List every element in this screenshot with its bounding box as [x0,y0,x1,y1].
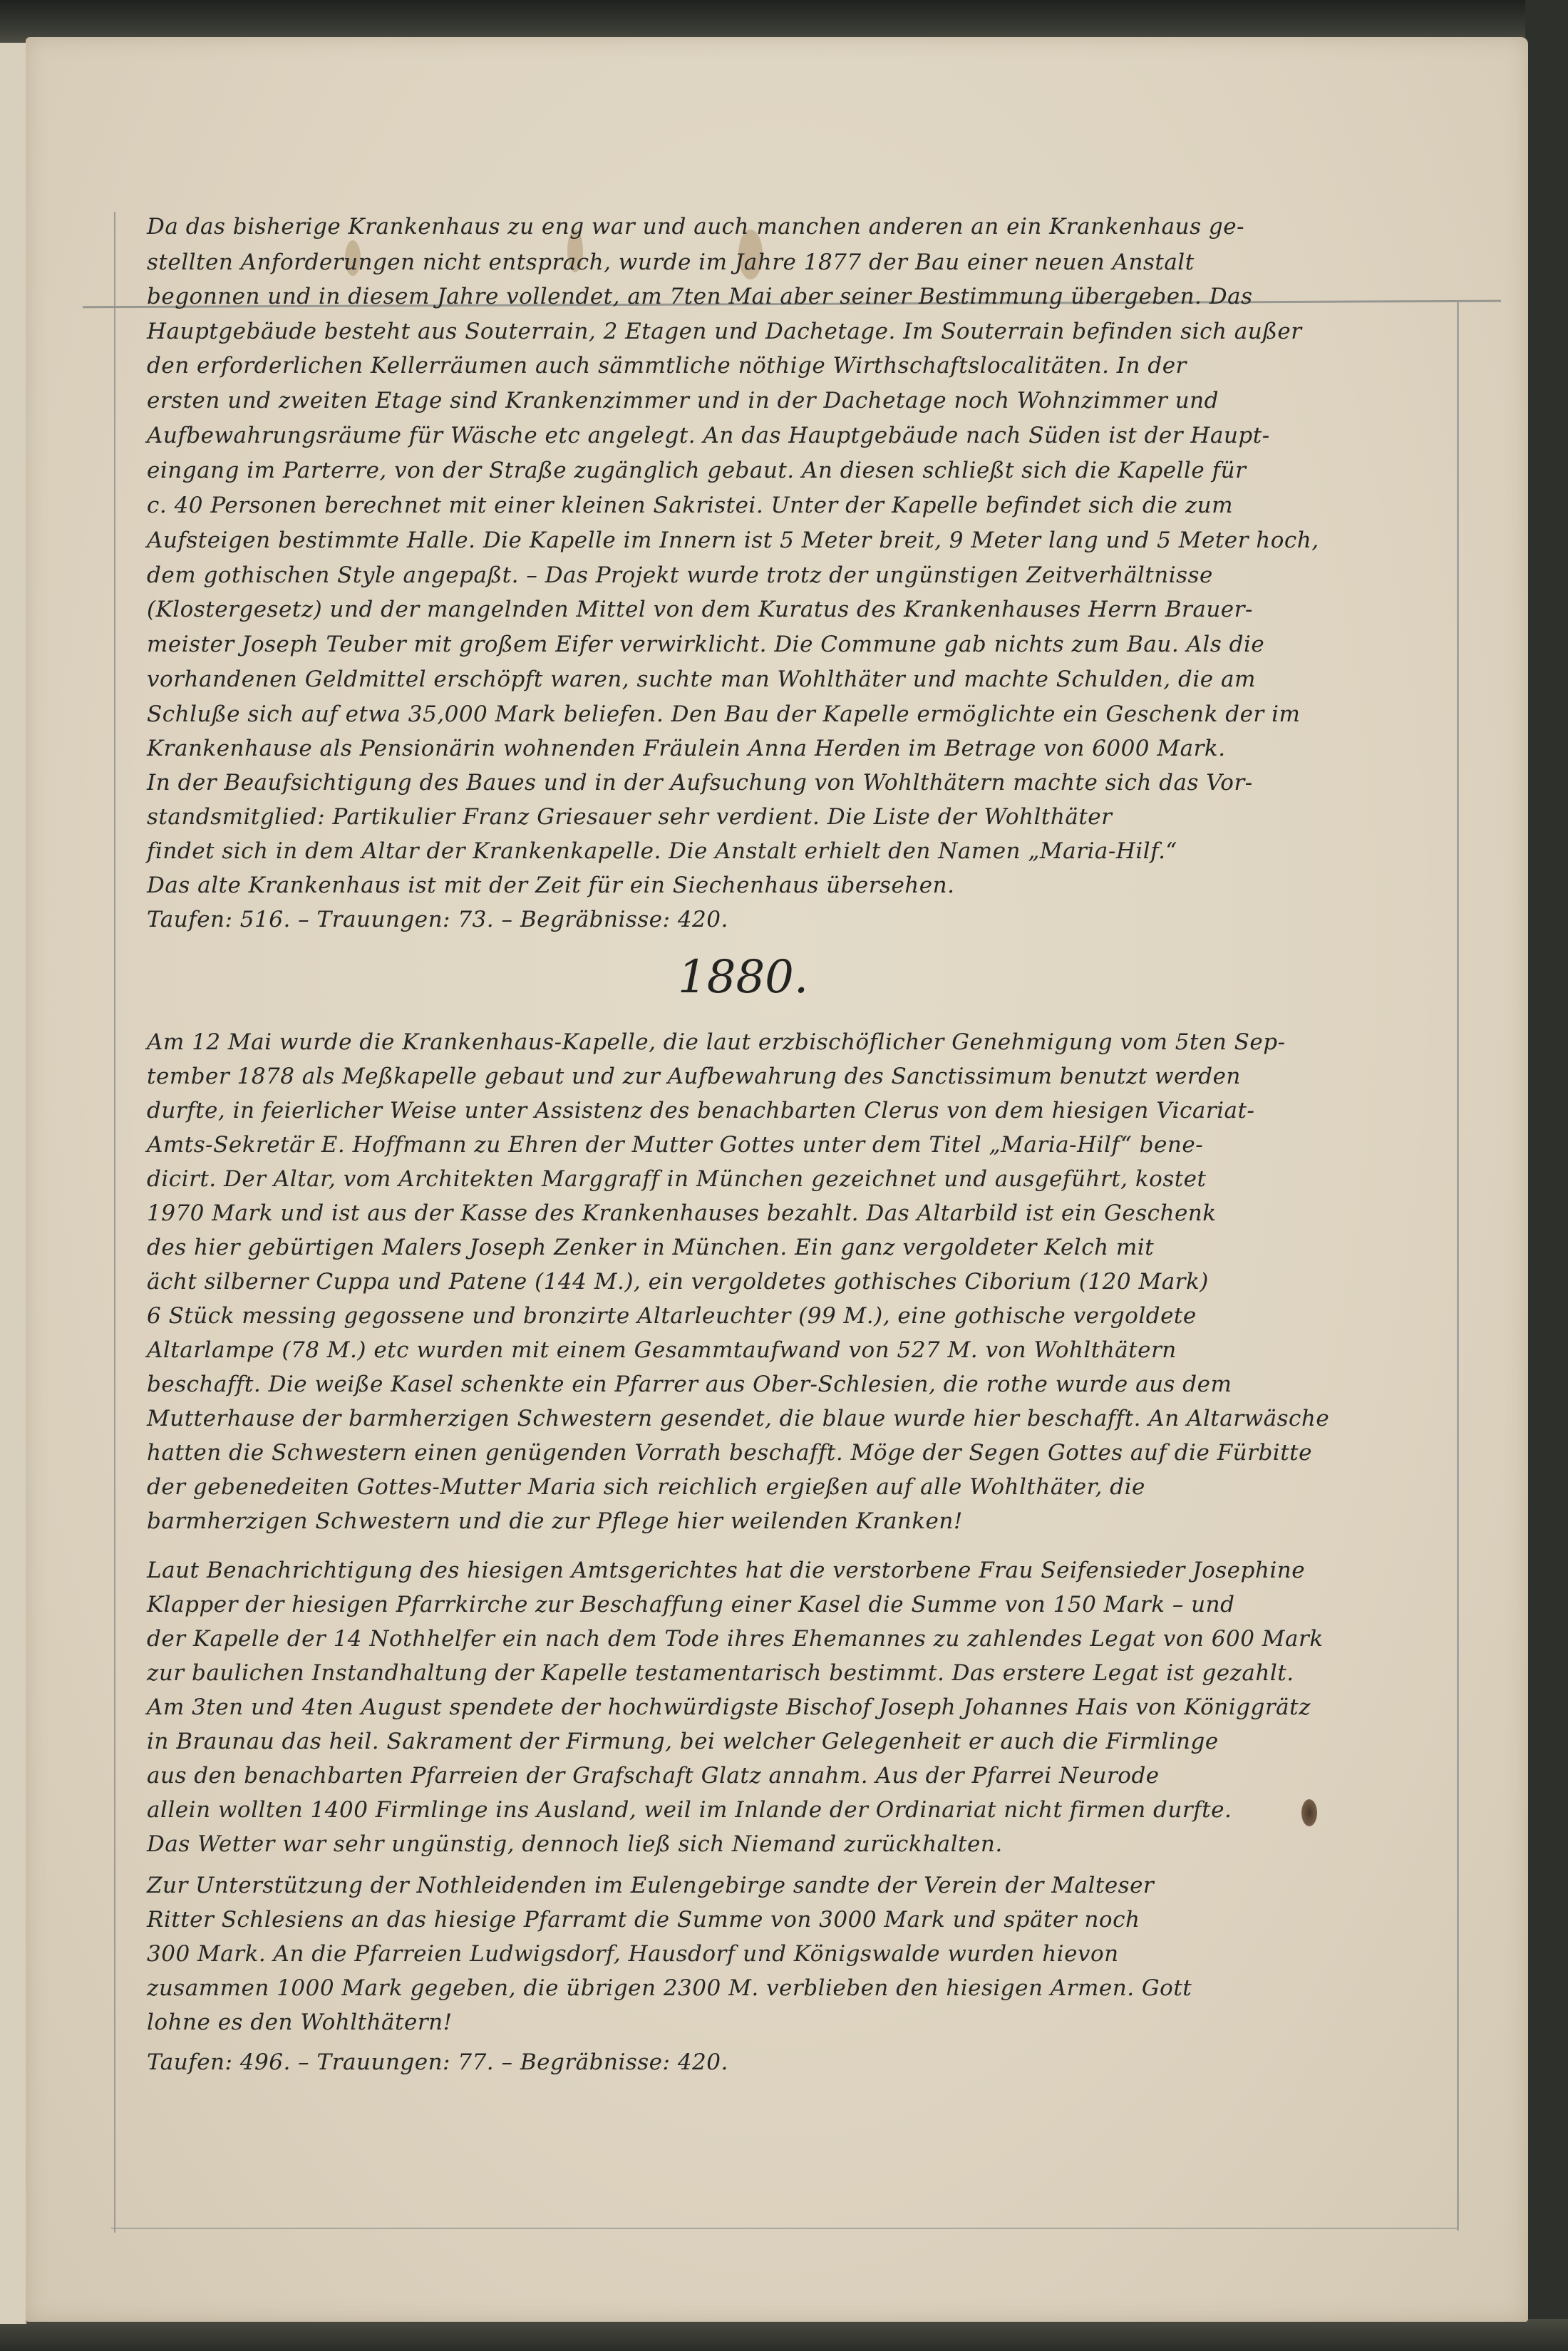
text-line: beschafft. Die weiße Kasel schenkte ein … [147,1372,1232,1397]
text-line: Das alte Krankenhaus ist mit der Zeit fü… [147,873,954,898]
text-line: den erforderlichen Kellerräumen auch säm… [147,353,1187,379]
right-margin-pencil-rule [1457,302,1459,2231]
previous-page-edge [0,43,27,2324]
text-line: der Kapelle der 14 Nothhelfer ein nach d… [147,1626,1324,1652]
text-line: 300 Mark. An die Pfarreien Ludwigsdorf, … [147,1941,1119,1967]
statistics-line: Taufen: 516. – Trauungen: 73. – Begräbni… [147,907,728,932]
text-line: Krankenhause als Pensionärin wohnenden F… [147,736,1226,761]
bottom-frame-pencil-rule [111,2228,1458,2229]
text-line: begonnen und in diesem Jahre vollendet, … [147,284,1253,309]
manuscript-page: Da das bisherige Krankenhaus zu eng war … [26,37,1528,2322]
text-line: durfte, in feierlicher Weise unter Assis… [147,1098,1254,1123]
text-line: ersten und zweiten Etage sind Krankenzim… [147,388,1219,413]
book-cover-bottom-edge [0,2319,1568,2351]
text-line: Ritter Schlesiens an das hiesige Pfarram… [147,1907,1140,1933]
text-line: Zur Unterstützung der Nothleidenden im E… [147,1873,1154,1898]
text-line: in Braunau das heil. Sakrament der Firmu… [147,1729,1219,1754]
text-line: Am 12 Mai wurde die Krankenhaus-Kapelle,… [147,1029,1286,1055]
text-line: c. 40 Personen berechnet mit einer klein… [147,493,1233,518]
year-heading: 1880. [678,951,808,1004]
text-line: 1970 Mark und ist aus der Kasse des Kran… [147,1200,1217,1226]
text-line: Am 3ten und 4ten August spendete der hoc… [147,1694,1311,1720]
text-line: Da das bisherige Krankenhaus zu eng war … [147,214,1244,240]
text-line: aus den benachbarten Pfarreien der Grafs… [147,1763,1160,1789]
statistics-line: Taufen: 496. – Trauungen: 77. – Begräbni… [147,2049,728,2075]
text-line: (Klostergesetz) und der mangelnden Mitte… [147,597,1253,622]
text-line: vorhandenen Geldmittel erschöpft waren, … [147,667,1256,692]
text-line: Amts-Sekretär E. Hoffmann zu Ehren der M… [147,1132,1203,1158]
text-line: allein wollten 1400 Firmlinge ins Auslan… [147,1797,1232,1823]
text-line: Altarlampe (78 M.) etc wurden mit einem … [147,1337,1177,1363]
text-line: stellten Anforderungen nicht entsprach, … [147,249,1195,275]
text-line: Laut Benachrichtigung des hiesigen Amtsg… [147,1558,1305,1583]
left-margin-pencil-rule [114,212,115,2233]
text-line: zur baulichen Instandhaltung der Kapelle… [147,1660,1294,1686]
book-cover-right-edge [1525,0,1568,2351]
text-line: lohne es den Wohlthätern! [147,2010,453,2035]
text-line: Das Wetter war sehr ungünstig, dennoch l… [147,1831,1003,1857]
text-line: eingang im Parterre, von der Straße zugä… [147,458,1246,483]
text-line: hatten die Schwestern einen genügenden V… [147,1440,1312,1466]
text-line: der gebenedeiten Gottes-Mutter Maria sic… [147,1474,1145,1500]
text-line: barmherzigen Schwestern und die zur Pfle… [147,1508,963,1534]
text-line: Klapper der hiesigen Pfarrkirche zur Bes… [147,1592,1234,1617]
text-line: tember 1878 als Meßkapelle gebaut und zu… [147,1064,1241,1089]
text-line: Schluße sich auf etwa 35,000 Mark belief… [147,701,1300,727]
text-line: 6 Stück messing gegossene und bronzirte … [147,1303,1197,1329]
text-line: Mutterhause der barmherzigen Schwestern … [147,1406,1329,1431]
text-line: dem gothischen Style angepaßt. – Das Pro… [147,562,1213,588]
text-line: meister Joseph Teuber mit großem Eifer v… [147,632,1264,657]
text-line: Aufsteigen bestimmte Halle. Die Kapelle … [147,528,1319,553]
ink-blot [1301,1799,1317,1826]
text-line: findet sich in dem Altar der Krankenkape… [147,838,1177,864]
text-line: Aufbewahrungsräume für Wäsche etc angele… [147,423,1270,448]
text-line: zusammen 1000 Mark gegeben, die übrigen … [147,1975,1192,2001]
text-line: ächt silberner Cuppa und Patene (144 M.)… [147,1269,1209,1295]
text-line: In der Beaufsichtigung des Baues und in … [147,770,1253,796]
text-line: dicirt. Der Altar, vom Architekten Margg… [147,1166,1206,1192]
text-line: des hier gebürtigen Malers Joseph Zenker… [147,1235,1154,1260]
text-line: standsmitglied: Partikulier Franz Griesa… [147,804,1112,830]
text-line: Hauptgebäude besteht aus Souterrain, 2 E… [147,319,1302,344]
